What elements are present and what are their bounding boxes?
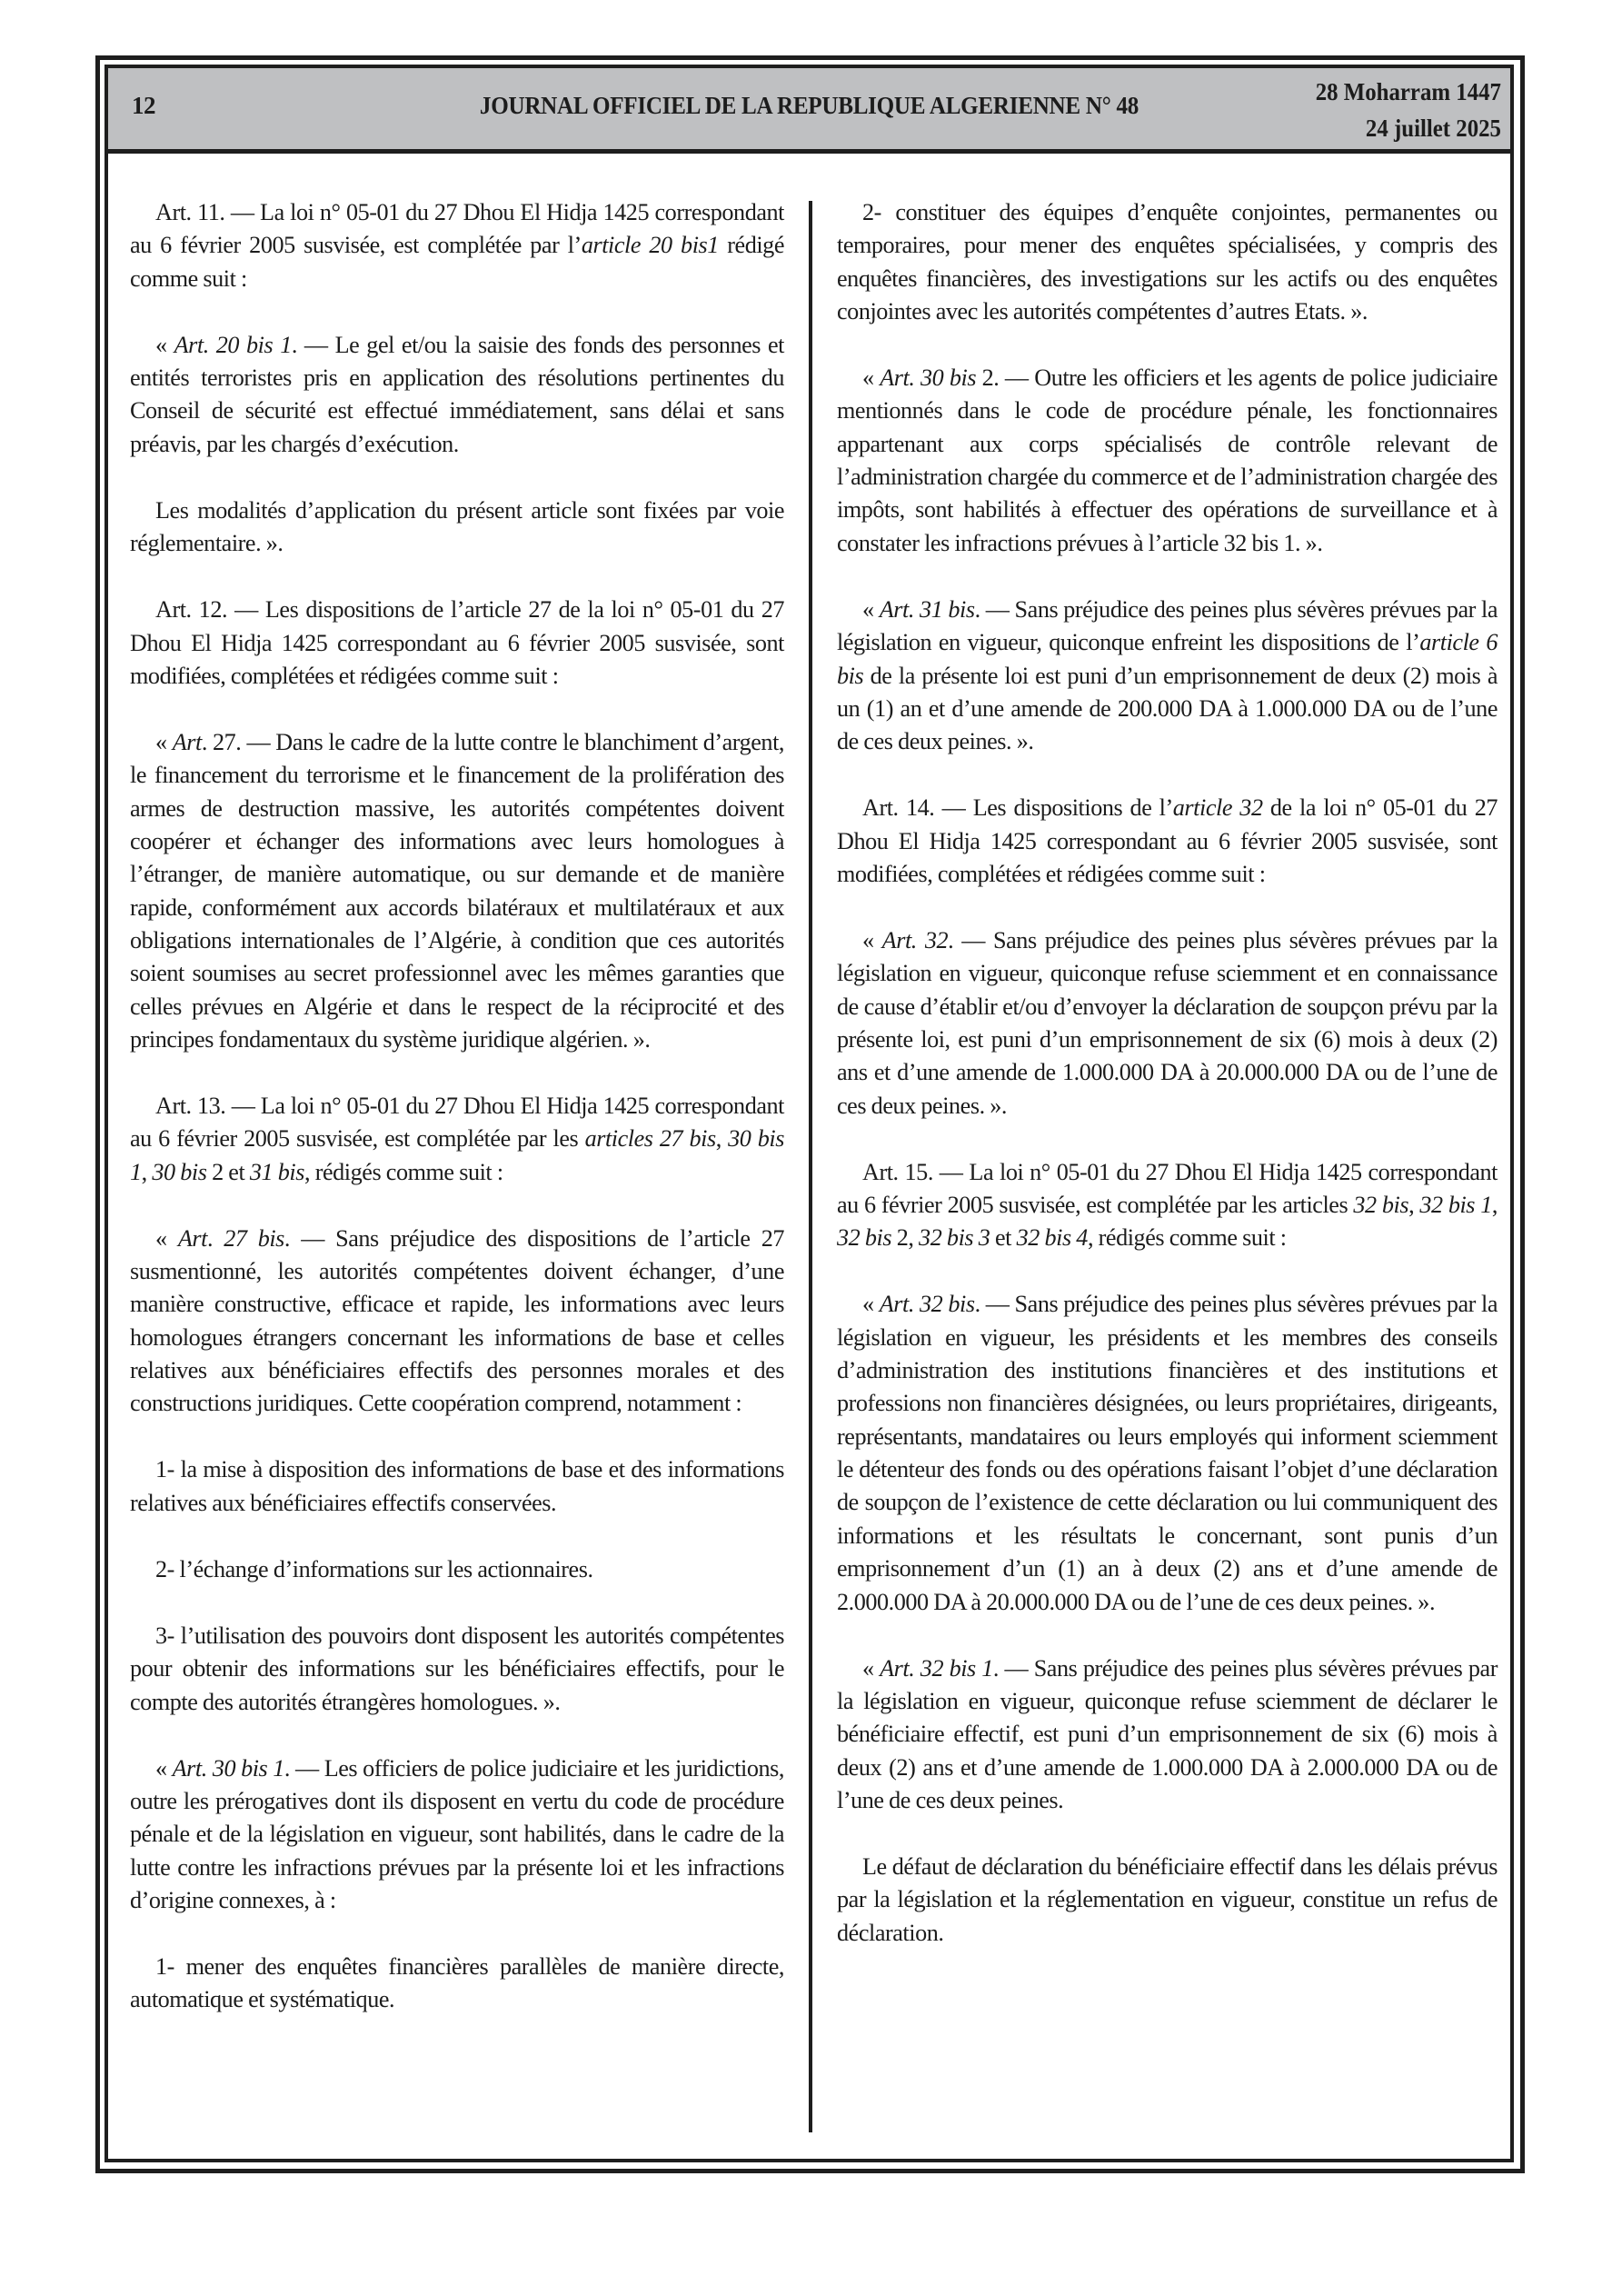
italic-reference: article 20 bis1 [582,232,719,258]
article-paragraph: 3- l’utilisation des pouvoirs dont dispo… [130,1620,784,1719]
issue-dates: 28 Moharram 1447 24 juillet 2025 [1316,74,1501,146]
text-run: , [1492,1192,1498,1218]
text-run: et [990,1224,1016,1251]
italic-reference: Art. 30 bis 1 [173,1755,284,1782]
text-run: 2 et [206,1159,249,1185]
article-paragraph: Art. 11. — La loi n° 05-01 du 27 Dhou El… [130,196,784,295]
italic-reference: 27 bis [224,1225,284,1252]
text-run: . [207,1225,224,1252]
italic-reference: Art. 31 bis [880,596,975,623]
article-paragraph: « Art. 30 bis 1. — Les officiers de poli… [130,1752,784,1918]
article-paragraph: « Art. 32 bis 1. — Sans préjudice des pe… [837,1652,1498,1818]
journal-title: JOURNAL OFFICIEL DE LA REPUBLIQUE ALGERI… [157,92,1461,120]
article-paragraph: « Art. 27 bis. — Sans préjudice des disp… [130,1223,784,1421]
text-run: 2- l’échange d’informations sur les acti… [155,1556,593,1582]
italic-reference: 32 bis [837,1224,891,1251]
text-run: « [155,729,173,755]
article-paragraph: « Art. 31 bis. — Sans préjudice des pein… [837,594,1498,759]
article-paragraph: « Art. 27. — Dans le cadre de la lutte c… [130,726,784,1056]
italic-reference: 31 bis [250,1159,304,1185]
text-run: , [716,1125,728,1152]
text-run: . — Sans préjudice des peines plus sévèr… [837,1291,1498,1614]
text-run: « [155,1225,178,1252]
article-paragraph: Les modalités d’application du présent a… [130,494,784,561]
page-number: 12 [132,92,155,120]
date-hijri: 28 Moharram 1447 [1316,74,1501,110]
article-paragraph: « Art. 32. — Sans préjudice des peines p… [837,924,1498,1123]
italic-reference: 30 bis [152,1159,206,1185]
article-paragraph: Art. 15. — La loi n° 05-01 du 27 Dhou El… [837,1156,1498,1255]
italic-reference: Art. 32 bis 1 [880,1655,993,1682]
text-run: 2. — Outre les officiers et les agents d… [837,364,1498,556]
text-run: Art. 14. — Les dispositions de l’ [862,794,1173,821]
italic-reference: 32 bis [1353,1192,1408,1218]
text-run: « [862,927,882,953]
article-paragraph: Art. 12. — Les dispositions de l’article… [130,594,784,693]
italic-reference: articles 27 bis [585,1125,716,1152]
italic-reference: Art. 20 bis 1 [174,332,292,358]
text-run: , [1408,1192,1419,1218]
text-run: Le défaut de déclaration du bénéficiaire… [837,1853,1498,1946]
text-run: 2, [891,1224,919,1251]
italic-reference: Art [173,729,202,755]
text-run: , rédigés comme suit : [304,1159,503,1185]
article-paragraph: Art. 13. — La loi n° 05-01 du 27 Dhou El… [130,1090,784,1189]
text-run: de la présente loi est puni d’un empriso… [837,663,1498,755]
text-run: « [862,596,880,623]
italic-reference: Art. 32 bis [880,1291,975,1317]
italic-reference: Art. 32 [882,927,949,953]
italic-reference: 32 bis 1 [1419,1192,1492,1218]
text-run: 3- l’utilisation des pouvoirs dont dispo… [130,1622,784,1715]
article-paragraph: Le défaut de déclaration du bénéficiaire… [837,1851,1498,1950]
text-run: « [155,332,174,358]
date-gregorian: 24 juillet 2025 [1316,110,1501,146]
journal-header: 12 JOURNAL OFFICIEL DE LA REPUBLIQUE ALG… [108,68,1510,154]
text-run: « [862,1655,880,1682]
article-paragraph: « Art. 30 bis 2. — Outre les officiers e… [837,362,1498,560]
text-run: 1- la mise à disposition des information… [130,1456,784,1515]
text-run: « [862,1291,880,1317]
text-run: , rédigés comme suit : [1088,1224,1287,1251]
italic-reference: 32 bis 3 [919,1224,990,1251]
text-run: . 27. — Dans le cadre de la lutte contre… [130,729,784,1053]
italic-reference: Art [178,1225,207,1252]
text-run: 2- constituer des équipes d’enquête conj… [837,199,1498,324]
article-paragraph: « Art. 32 bis. — Sans préjudice des pein… [837,1288,1498,1618]
article-paragraph: 2- constituer des équipes d’enquête conj… [837,196,1498,328]
text-run: Les modalités d’application du présent a… [130,497,784,556]
text-run: « [155,1755,173,1782]
text-run: 1- mener des enquêtes financières parall… [130,1953,784,2012]
left-column: Art. 11. — La loi n° 05-01 du 27 Dhou El… [130,196,784,2050]
text-run: , [142,1159,153,1185]
text-run: « [862,364,880,391]
text-run: Art. 12. — Les dispositions de l’article… [130,596,784,689]
article-paragraph: 1- mener des enquêtes financières parall… [130,1951,784,2017]
italic-reference: Art. 30 bis [880,364,976,391]
italic-reference: article 32 [1173,794,1263,821]
text-run: . — Sans préjudice des dispositions de l… [130,1225,784,1417]
column-divider [809,201,812,2132]
article-paragraph: « Art. 20 bis 1. — Le gel et/ou la saisi… [130,329,784,461]
italic-reference: 32 bis 4 [1017,1224,1088,1251]
article-paragraph: 2- l’échange d’informations sur les acti… [130,1553,784,1586]
right-column: 2- constituer des équipes d’enquête conj… [837,196,1498,1983]
text-run: . — Sans préjudice des peines plus sévèr… [837,927,1498,1119]
article-paragraph: Art. 14. — Les dispositions de l’article… [837,792,1498,891]
article-paragraph: 1- la mise à disposition des information… [130,1453,784,1520]
